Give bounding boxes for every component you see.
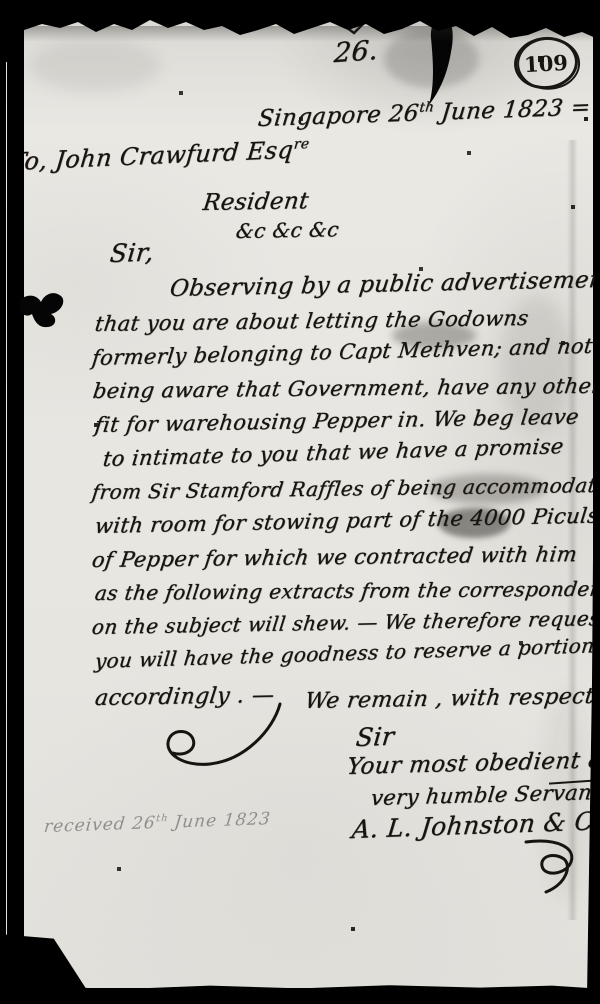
signature-flourish <box>516 836 582 898</box>
etcetera-line: &c &c &c <box>235 217 341 243</box>
ink-smudge-over-number <box>438 508 510 538</box>
ink-smudge <box>428 474 546 504</box>
pen-flourish <box>155 700 285 772</box>
scanned-letter-page: 26. 109 Singapore 26th June 1823 = To, J… <box>0 0 600 1004</box>
closing-sir: Sir <box>354 722 395 752</box>
paper-stain <box>30 40 160 92</box>
closing-remain: We remain , with respect <box>303 684 595 714</box>
recipient-title: Resident <box>201 188 310 216</box>
archive-number: 109 <box>523 49 568 76</box>
ink-blot-butterfly <box>18 278 68 332</box>
scan-edge-left <box>7 24 24 1004</box>
salutation: Sir, <box>108 237 155 268</box>
body-line: as the following extracts from the corre… <box>93 576 600 605</box>
